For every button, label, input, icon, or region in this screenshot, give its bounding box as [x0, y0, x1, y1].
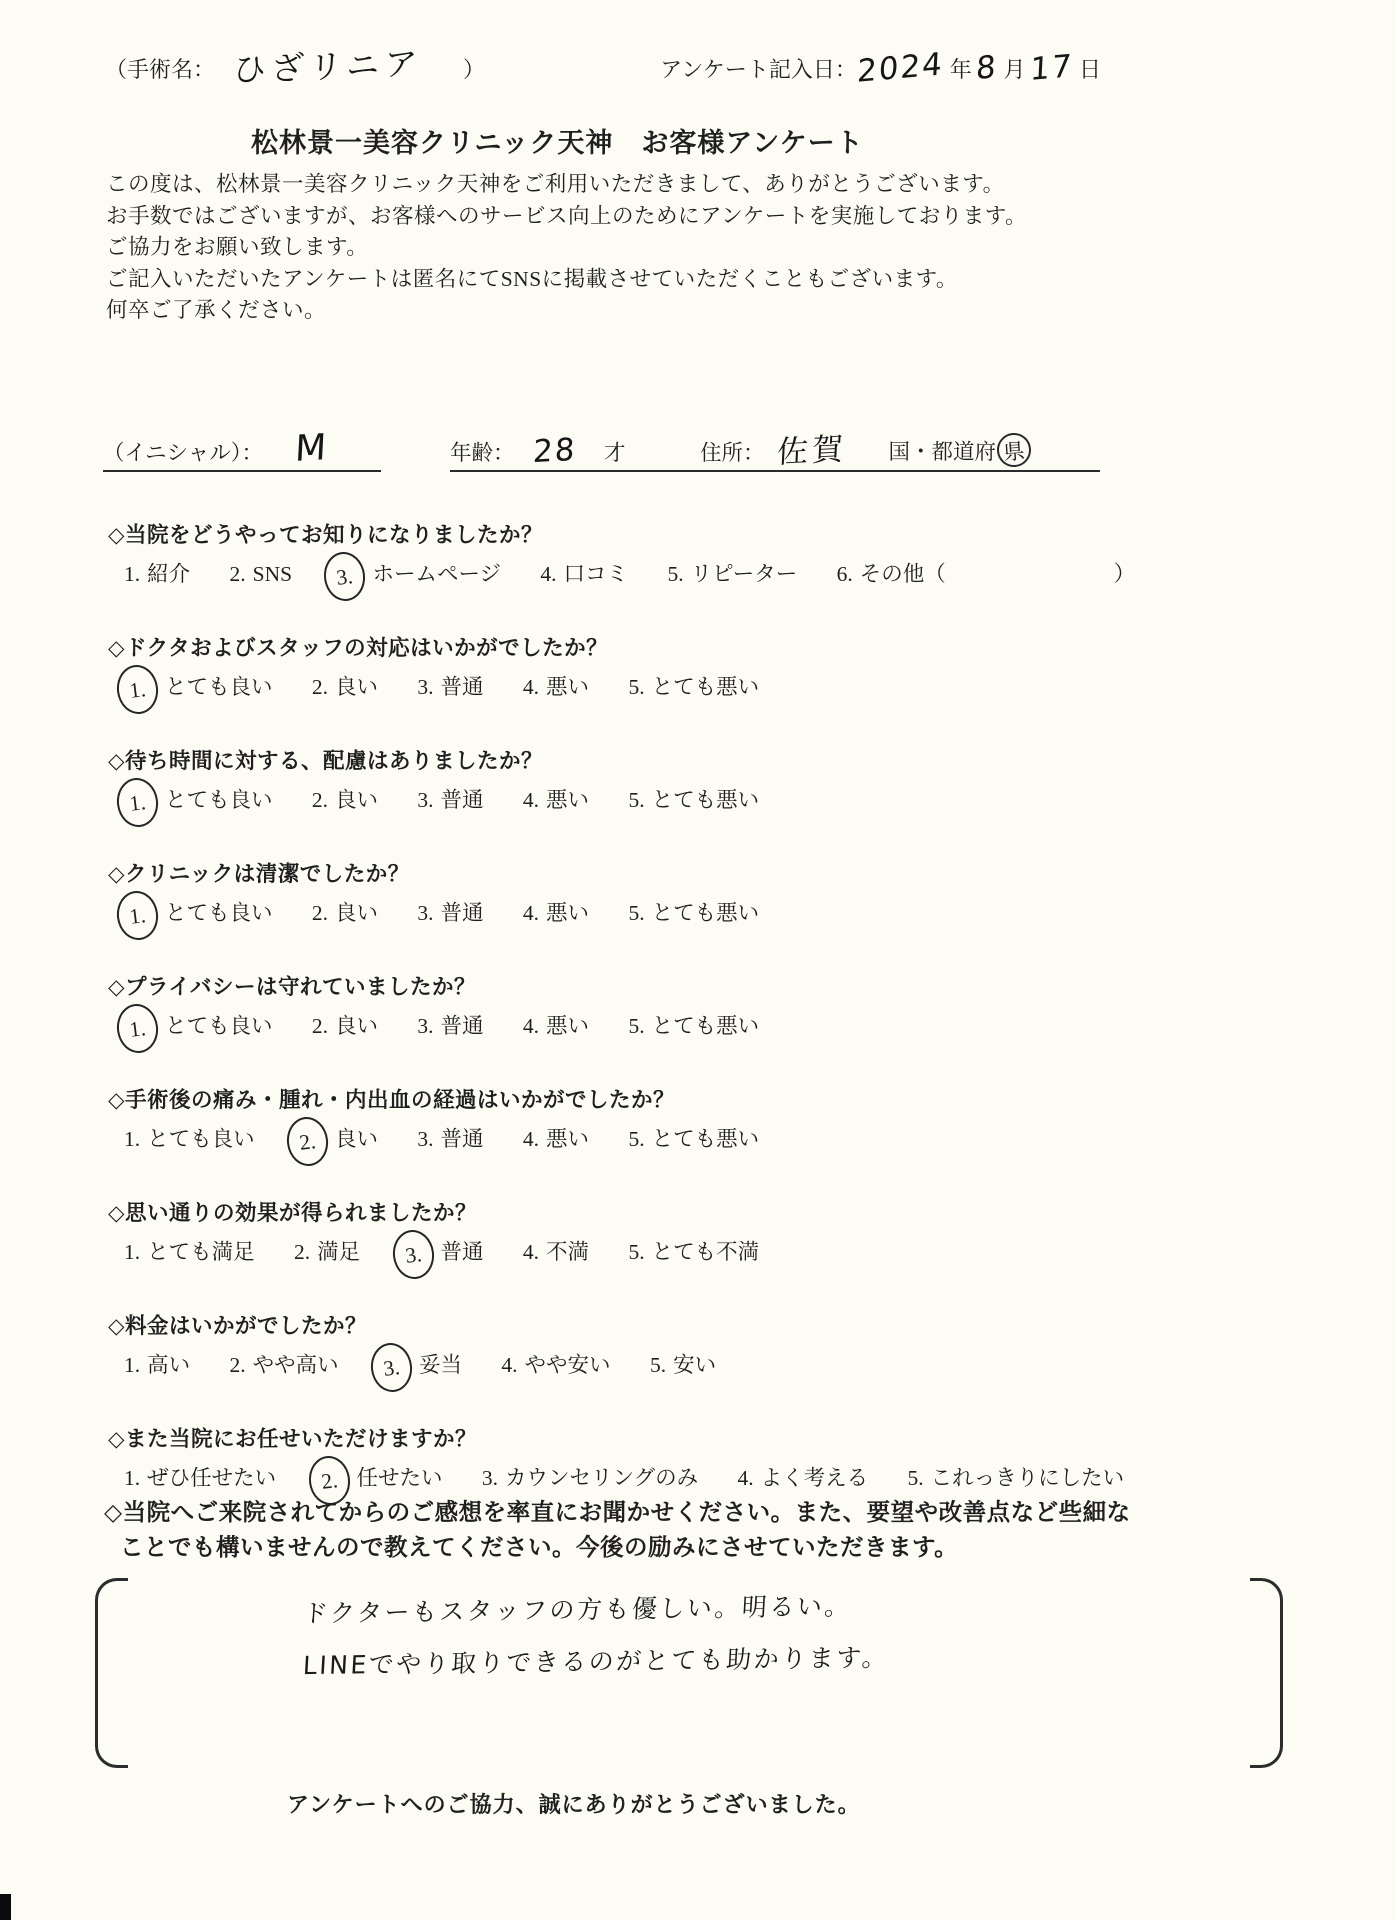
option-label: 紹介 — [147, 562, 190, 586]
option-label: 普通 — [441, 1014, 484, 1038]
question-options: 1.とても良い 2.良い 3.普通 4.悪い 5.とても悪い — [108, 1117, 1169, 1161]
comment-prompt: ◇当院へご来院されてからのご感想を率直にお聞かせください。また、要望や改善点など… — [104, 1496, 1131, 1566]
option-label: 満足 — [317, 1240, 360, 1264]
surgery-name-handwritten: ひざリニア — [232, 47, 422, 87]
option-number: 6. — [837, 562, 853, 586]
age-unit: 才 — [604, 436, 626, 467]
option-number: 3. — [417, 1014, 433, 1038]
option-number: 4. — [737, 1466, 753, 1490]
option-number: 2. — [312, 788, 328, 812]
region-type-label: 国・都道府 — [889, 435, 997, 466]
option: 3.普通 — [417, 675, 483, 699]
top-row: （手術名： ひざリニア ） アンケート記入日： 2024 年 8 月 17 日 — [105, 50, 1105, 84]
option: 1.とても良い — [124, 1127, 255, 1151]
comment-prompt-line: ことでも構いませんので教えてください。今後の励みにさせていただきます。 — [104, 1531, 1131, 1566]
option-label: 高い — [147, 1353, 190, 1377]
scan-artifact — [0, 1894, 11, 1920]
option: 2.良い — [312, 901, 378, 925]
comment-prompt-line: ◇当院へご来院されてからのご感想を率直にお聞かせください。また、要望や改善点など… — [104, 1496, 1131, 1531]
survey-date-label: アンケート記入日： — [660, 53, 857, 84]
selection-circle: 1. — [114, 1001, 161, 1055]
option-label: とても良い — [165, 1014, 273, 1038]
question-heading: ◇料金はいかがでしたか？ — [108, 1309, 1169, 1343]
question-heading: ◇また当院にお任せいただけますか？ — [108, 1422, 1169, 1456]
option-label: 良い — [335, 675, 378, 699]
question-list: ◇当院をどうやってお知りになりましたか？ 1.紹介 2.SNS 3.ホームページ… — [108, 518, 1169, 1535]
option-label: とても不満 — [652, 1240, 760, 1264]
option-number: 1. — [124, 1466, 140, 1490]
option: 4.よく考える — [737, 1466, 868, 1490]
question: ◇待ち時間に対する、配慮はありましたか？ 1.とても良い 2.良い 3.普通 4… — [108, 744, 1169, 822]
comment-bracket-right — [1250, 1578, 1283, 1768]
option: 3.カウンセリングのみ — [482, 1466, 698, 1490]
option-number: 2. — [312, 675, 328, 699]
option: 2.良い — [312, 788, 378, 812]
question-options: 1.とても良い 2.良い 3.普通 4.悪い 5.とても悪い — [108, 665, 1169, 709]
option-label: 良い — [335, 1127, 378, 1151]
option: 2.良い — [294, 1127, 378, 1151]
option-label: 任せたい — [357, 1466, 443, 1490]
option-number: 2. — [312, 1014, 328, 1038]
initial-handwritten: M — [294, 430, 329, 468]
option-number: 2. — [312, 901, 328, 925]
intro-paragraph: この度は、松林景一美容クリニック天神をご利用いただきまして、ありがとうございます… — [106, 169, 1027, 327]
option-label: 悪い — [546, 788, 589, 812]
region-type-field: 国・都道府 県 — [889, 433, 1032, 467]
option-label: やや高い — [253, 1353, 339, 1377]
option-label: 良い — [335, 1014, 378, 1038]
option-label: とても良い — [165, 788, 273, 812]
question: ◇手術後の痛み・腫れ・内出血の経過はいかがでしたか？ 1.とても良い 2.良い … — [108, 1083, 1169, 1161]
question: ◇また当院にお任せいただけますか？ 1.ぜひ任せたい 2.任せたい 3.カウンセ… — [108, 1422, 1169, 1500]
survey-date-field: アンケート記入日： 2024 年 8 月 17 日 — [660, 53, 1105, 84]
option: 1.とても良い — [124, 675, 273, 699]
option-label: とても良い — [165, 675, 273, 699]
thank-you-text: アンケートへのご協力、誠にありがとうございました。 — [287, 1788, 861, 1819]
year-unit: 年 — [950, 53, 972, 84]
option-label: 悪い — [546, 1127, 589, 1151]
option: 2.良い — [312, 1014, 378, 1038]
question-heading: ◇ドクタおよびスタッフの対応はいかがでしたか？ — [108, 631, 1169, 665]
option: 1.とても満足 — [124, 1240, 255, 1264]
option-label: リピーター — [691, 562, 798, 586]
option-label: 悪い — [546, 901, 589, 925]
option-label: 妥当 — [419, 1353, 462, 1377]
intro-line: 何卒ご了承ください。 — [106, 295, 1027, 327]
question-heading: ◇プライバシーは守れていましたか？ — [108, 970, 1169, 1004]
option-number: 4. — [523, 901, 539, 925]
address-field: 住所： 佐賀 国・都道府 県 — [700, 433, 1100, 472]
age-label: 年齢： — [450, 436, 515, 467]
option-number: 5. — [628, 1240, 644, 1264]
question-options: 1.とても満足 2.満足 3.普通 4.不満 5.とても不満 — [108, 1230, 1169, 1274]
intro-line: この度は、松林景一美容クリニック天神をご利用いただきまして、ありがとうございます… — [106, 169, 1027, 201]
option-number: 4. — [523, 1127, 539, 1151]
option-number: 2. — [230, 562, 246, 586]
respondent-fields: （イニシャル）： M 年齢： 28 才 住所： 佐賀 国・都道府 県 — [103, 420, 1203, 472]
question: ◇料金はいかがでしたか？ 1.高い 2.やや高い 3.妥当 4.やや安い 5.安… — [108, 1309, 1169, 1387]
option: 1.とても良い — [124, 1014, 273, 1038]
surgery-name-close-paren: ） — [463, 53, 485, 84]
option-number: 3. — [417, 675, 433, 699]
option-number: 3. — [417, 788, 433, 812]
option-close-paren: ） — [1114, 562, 1136, 586]
option-number: 5. — [667, 562, 683, 586]
question: ◇ドクタおよびスタッフの対応はいかがでしたか？ 1.とても良い 2.良い 3.普… — [108, 631, 1169, 709]
selection-circle: 1. — [114, 662, 161, 716]
option: 5.これっきりにしたい — [908, 1466, 1125, 1490]
option-number: 4. — [540, 562, 556, 586]
selection-circle: 1. — [114, 888, 161, 942]
option-number: 5. — [650, 1353, 666, 1377]
option-label: 良い — [335, 901, 378, 925]
option-number: 1. — [124, 1353, 140, 1377]
option: 5.安い — [650, 1353, 716, 1377]
intro-line: ご協力をお願い致します。 — [106, 232, 1027, 264]
initial-field: （イニシャル）： M — [103, 431, 381, 472]
option: 2.SNS — [230, 562, 293, 586]
age-handwritten: 28 — [532, 435, 577, 468]
option: 4.悪い — [523, 675, 589, 699]
day-unit: 日 — [1079, 53, 1101, 84]
surgery-name-label: （手術名： — [105, 53, 215, 84]
question-heading: ◇手術後の痛み・腫れ・内出血の経過はいかがでしたか？ — [108, 1083, 1169, 1117]
option: 5.とても悪い — [628, 901, 759, 925]
option-number: 3. — [417, 1127, 433, 1151]
option-label: ぜひ任せたい — [147, 1466, 276, 1490]
option-label: その他（ — [860, 562, 946, 586]
comment-handwritten: ドクターもスタッフの方も優しい。明るい。 LINEでやり取りできるのがとても助か… — [303, 1590, 889, 1694]
comment-line: LINEでやり取りできるのがとても助かります。 — [302, 1638, 890, 1682]
option-label: 安い — [673, 1353, 716, 1377]
option-label: 良い — [335, 788, 378, 812]
option: 3.普通 — [417, 1014, 483, 1038]
option: 3.普通 — [417, 788, 483, 812]
option-label: 不満 — [546, 1240, 589, 1264]
option: 6.その他（） — [837, 562, 1136, 586]
selection-circle: 3. — [368, 1340, 415, 1394]
option: 4.口コミ — [540, 562, 628, 586]
option-label: とても悪い — [652, 1014, 760, 1038]
option-label: 普通 — [441, 788, 484, 812]
question-options: 1.高い 2.やや高い 3.妥当 4.やや安い 5.安い — [108, 1343, 1169, 1387]
option: 4.悪い — [523, 1127, 589, 1151]
question-heading: ◇当院をどうやってお知りになりましたか？ — [108, 518, 1169, 552]
option-label: とても良い — [147, 1127, 255, 1151]
option-number: 4. — [523, 788, 539, 812]
option: 5.とても悪い — [628, 675, 759, 699]
option-label: とても悪い — [652, 901, 760, 925]
option-label: これっきりにしたい — [931, 1466, 1125, 1490]
question-options: 1.とても良い 2.良い 3.普通 4.悪い 5.とても悪い — [108, 778, 1169, 822]
question-heading: ◇思い通りの効果が得られましたか？ — [108, 1196, 1169, 1230]
option: 1.ぜひ任せたい — [124, 1466, 276, 1490]
option: 3.普通 — [417, 901, 483, 925]
option-number: 2. — [294, 1240, 310, 1264]
option: 3.妥当 — [378, 1353, 462, 1377]
option: 2.満足 — [294, 1240, 360, 1264]
option: 5.とても悪い — [628, 1127, 759, 1151]
selection-circle: 1. — [114, 775, 161, 829]
option: 5.とても不満 — [628, 1240, 759, 1264]
option-label: 悪い — [546, 675, 589, 699]
option: 3.普通 — [417, 1127, 483, 1151]
option-label: 普通 — [441, 901, 484, 925]
option-label: カウンセリングのみ — [505, 1466, 698, 1490]
option-number: 3. — [482, 1466, 498, 1490]
initial-label: （イニシャル）： — [103, 436, 263, 467]
option-number: 4. — [523, 675, 539, 699]
option-number: 4. — [523, 1240, 539, 1264]
selection-circle: 2. — [284, 1114, 331, 1168]
option-number: 1. — [124, 1240, 140, 1264]
option-number: 4. — [501, 1353, 517, 1377]
option-number: 4. — [523, 1014, 539, 1038]
option: 1.とても良い — [124, 901, 273, 925]
option-number: 5. — [628, 1014, 644, 1038]
option-label: 普通 — [441, 1240, 484, 1264]
option: 4.悪い — [523, 788, 589, 812]
option-label: やや安い — [525, 1353, 611, 1377]
option-label: ホームページ — [372, 562, 501, 586]
selection-circle: 3. — [322, 549, 369, 603]
address-label: 住所： — [700, 436, 765, 467]
option: 2.良い — [312, 675, 378, 699]
option-number: 1. — [124, 562, 140, 586]
option: 3.普通 — [400, 1240, 484, 1264]
option-number: 5. — [628, 788, 644, 812]
age-field: 年齢： 28 才 — [450, 436, 738, 472]
comment-box: ドクターもスタッフの方も優しい。明るい。 LINEでやり取りできるのがとても助か… — [95, 1578, 1283, 1768]
option: 2.やや高い — [230, 1353, 339, 1377]
date-month-handwritten: 8 — [975, 52, 998, 85]
option: 5.とても悪い — [628, 788, 759, 812]
option-number: 2. — [230, 1353, 246, 1377]
selection-circle: 3. — [390, 1227, 437, 1281]
option-number: 1. — [124, 1127, 140, 1151]
question-heading: ◇待ち時間に対する、配慮はありましたか？ — [108, 744, 1169, 778]
question: ◇当院をどうやってお知りになりましたか？ 1.紹介 2.SNS 3.ホームページ… — [108, 518, 1169, 596]
option-number: 5. — [628, 1127, 644, 1151]
question-options: 1.ぜひ任せたい 2.任せたい 3.カウンセリングのみ 4.よく考える 5.これ… — [108, 1456, 1169, 1500]
option-label: とても悪い — [652, 1127, 760, 1151]
option: 4.やや安い — [501, 1353, 610, 1377]
option-label: とても満足 — [147, 1240, 255, 1264]
option: 1.紹介 — [124, 562, 190, 586]
intro-line: お手数ではございますが、お客様へのサービス向上のためにアンケートを実施しておりま… — [106, 201, 1027, 233]
question: ◇クリニックは清潔でしたか？ 1.とても良い 2.良い 3.普通 4.悪い 5.… — [108, 857, 1169, 935]
option-label: とても悪い — [652, 675, 760, 699]
option: 3.ホームページ — [331, 562, 501, 586]
selection-circle: 県 — [996, 432, 1032, 468]
date-year-handwritten: 2024 — [856, 49, 944, 88]
option: 1.高い — [124, 1353, 190, 1377]
option: 4.悪い — [523, 1014, 589, 1038]
option-number: 5. — [628, 901, 644, 925]
comment-line: ドクターもスタッフの方も優しい。明るい。 — [302, 1586, 890, 1630]
question: ◇思い通りの効果が得られましたか？ 1.とても満足 2.満足 3.普通 4.不満… — [108, 1196, 1169, 1274]
address-handwritten: 佐賀 — [776, 434, 848, 469]
option-label: 悪い — [546, 1014, 589, 1038]
question-heading: ◇クリニックは清潔でしたか？ — [108, 857, 1169, 891]
option: 2.任せたい — [316, 1466, 443, 1490]
question-options: 1.とても良い 2.良い 3.普通 4.悪い 5.とても悪い — [108, 1004, 1169, 1048]
scanned-survey-page: （手術名： ひざリニア ） アンケート記入日： 2024 年 8 月 17 日 … — [0, 0, 1396, 1920]
intro-line: ご記入いただいたアンケートは匿名にてSNSに掲載させていただくこともございます。 — [106, 264, 1027, 296]
option-label: SNS — [253, 562, 292, 586]
question: ◇プライバシーは守れていましたか？ 1.とても良い 2.良い 3.普通 4.悪い… — [108, 970, 1169, 1048]
option: 4.悪い — [523, 901, 589, 925]
month-unit: 月 — [1004, 53, 1026, 84]
question-options: 1.紹介 2.SNS 3.ホームページ 4.口コミ 5.リピーター 6.その他（… — [108, 552, 1169, 596]
option-label: 普通 — [441, 1127, 484, 1151]
option: 4.不満 — [523, 1240, 589, 1264]
option-number: 5. — [628, 675, 644, 699]
option-label: とても良い — [165, 901, 273, 925]
option-label: よく考える — [761, 1466, 869, 1490]
surgery-name-field: （手術名： ひざリニア ） — [105, 50, 485, 84]
option-label: 普通 — [441, 675, 484, 699]
comment-bracket-left — [95, 1578, 128, 1768]
option-number: 3. — [417, 901, 433, 925]
option-number: 5. — [908, 1466, 924, 1490]
option-label: とても悪い — [652, 788, 760, 812]
date-day-handwritten: 17 — [1029, 51, 1074, 86]
page-title: 松林景一美容クリニック天神 お客様アンケート — [251, 121, 864, 160]
option: 5.とても悪い — [628, 1014, 759, 1038]
option: 5.リピーター — [667, 562, 797, 586]
question-options: 1.とても良い 2.良い 3.普通 4.悪い 5.とても悪い — [108, 891, 1169, 935]
option: 1.とても良い — [124, 788, 273, 812]
option-label: 口コミ — [564, 562, 629, 586]
